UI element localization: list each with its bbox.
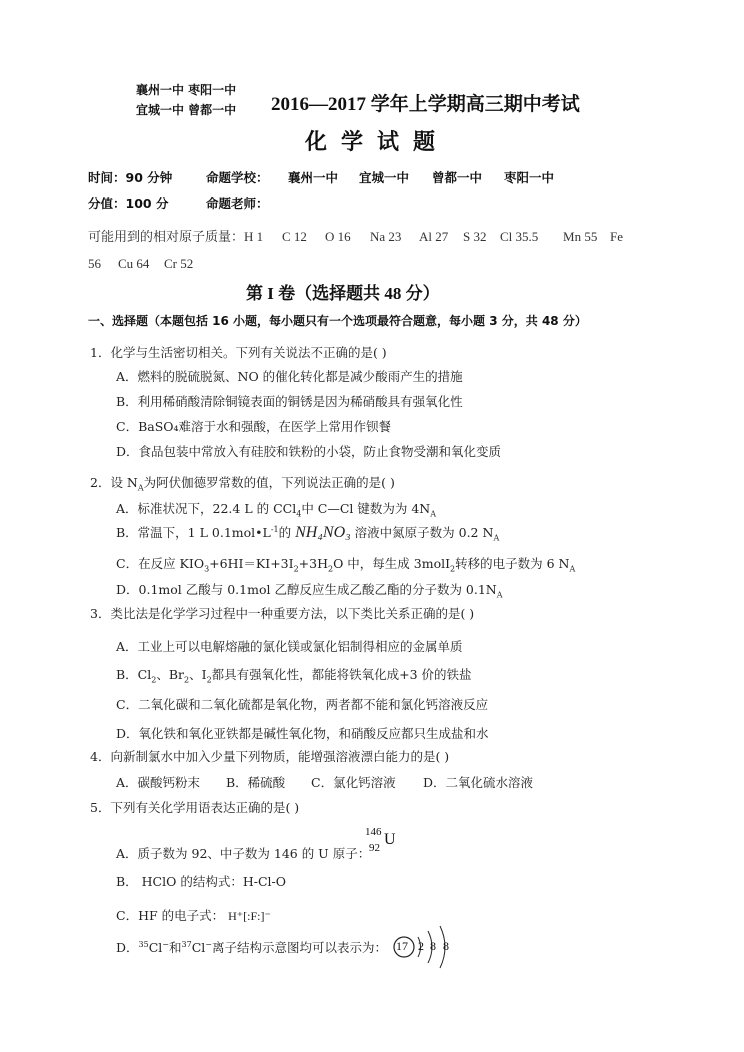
exam-title: 2016—2017 学年上学期高三期中考试	[271, 89, 580, 116]
q5-option-a: A．质子数为 92、中子数为 146 的 U 原子：	[116, 844, 370, 862]
q3-option-b: B．Cl2、Br2、I2都具有强氧化性，都能将铁氧化成+3 价的铁盐	[116, 665, 472, 685]
q1-option-d: D．食品包装中常放入有硅胶和铁粉的小袋，防止食物受潮和氧化变质	[116, 442, 501, 460]
mass-item: Fe	[610, 229, 623, 245]
question-1-stem: 1．化学与生活密切相关。下列有关说法不正确的是( )	[90, 343, 387, 361]
school-3: 曾都一中	[432, 168, 504, 186]
time-label: 时间：90 分钟	[88, 168, 206, 186]
score-label: 分值：100 分	[88, 194, 206, 212]
q4-option-b: B．稀硫酸	[226, 773, 285, 791]
q3-option-a: A．工业上可以电解熔融的氯化镁或氯化铝制得相应的金属单质	[116, 637, 463, 655]
q4-option-d: D．二氧化硫水溶液	[423, 773, 533, 791]
section-title: 第 I 卷（选择题共 48 分）	[246, 279, 440, 304]
uranium-nuclide-symbol: 146 92 U	[363, 826, 399, 856]
q2-option-c: C．在反应 KIO3+6HI＝KI+3I2+3H2O 中，每生成 3molI2转…	[116, 554, 575, 574]
mass-item: Cu 64	[118, 256, 164, 272]
mass-item: H 1	[244, 229, 282, 245]
hf-electron-formula: H⁺[:F:]⁻	[228, 909, 271, 923]
q2-option-d: D．0.1mol 乙酸与 0.1mol 乙醇反应生成乙酸乙酯的分子数为 0.1N…	[116, 580, 503, 600]
school-label: 命题学校：	[206, 168, 288, 186]
question-3-stem: 3．类比法是化学学习过程中一种重要方法，以下类比关系正确的是( )	[90, 604, 474, 622]
q2-option-a: A．标准状况下，22.4 L 的 CCl4中 C—Cl 键数为为 4NA	[116, 499, 436, 519]
q1-option-a: A．燃料的脱硫脱氮、NO 的催化转化都是减少酸雨产生的措施	[116, 367, 463, 385]
question-5-stem: 5．下列有关化学用语表达正确的是( )	[90, 798, 299, 816]
atomic-masses-label: 可能用到的相对原子质量：	[88, 226, 244, 245]
school-2: 宜城一中	[359, 168, 432, 186]
q2-option-b: B．常温下，1 L 0.1mol•L-1的 NH₄NO₃ 溶液中氮原子数为 0.…	[116, 523, 499, 543]
mass-item: 56	[88, 256, 118, 272]
schools-line-1: 襄州一中 枣阳一中	[136, 80, 236, 100]
school-1: 襄州一中	[288, 168, 359, 186]
mass-item: C 12	[282, 229, 325, 245]
atomic-masses-line-2: 56Cu 64Cr 52	[88, 256, 193, 272]
chloride-ion-structure-diagram: 17 2 8 8	[392, 925, 462, 969]
q5-option-b: B． HClO 的结构式：H-Cl-O	[116, 872, 286, 890]
q4-option-a: A．碳酸钙粉末	[116, 773, 200, 791]
section-subtitle: 一、选择题（本题包括 16 小题，每小题只有一个选项最符合题意，每小题 3 分，…	[88, 312, 587, 329]
q1-option-b: B．利用稀硝酸清除铜镜表面的铜锈是因为稀硝酸具有强氧化性	[116, 392, 463, 410]
question-2-stem: 2．设 NA为阿伏伽德罗常数的值，下列说法正确的是( )	[90, 473, 395, 493]
mass-item: Cl 35.5	[500, 229, 563, 245]
meta-line-1: 时间：90 分钟命题学校：襄州一中宜城一中曾都一中枣阳一中	[88, 168, 554, 186]
q5-option-d: D．35Cl−和37Cl−离子结构示意图均可以表示为：	[116, 938, 387, 956]
mass-item: Al 27	[419, 229, 463, 245]
q3-option-c: C．二氧化碳和二氧化硫都是氧化物，两者都不能和氯化钙溶液反应	[116, 695, 488, 713]
subject-title: 化学试题	[305, 125, 449, 156]
question-4-stem: 4．向新制氯水中加入少量下列物质，能增强溶液漂白能力的是( )	[90, 747, 449, 765]
school-4: 枣阳一中	[504, 168, 554, 186]
atomic-masses-line-1: 可能用到的相对原子质量：H 1C 12O 16Na 23Al 27S 32Cl …	[88, 226, 623, 245]
mass-item: Mn 55	[563, 229, 610, 245]
mass-item: Na 23	[370, 229, 419, 245]
q1-option-c: C．BaSO₄难溶于水和强酸，在医学上常用作钡餐	[116, 417, 391, 435]
mass-item: O 16	[325, 229, 370, 245]
mass-item: Cr 52	[164, 256, 193, 272]
q4-option-c: C．氯化钙溶液	[311, 773, 396, 791]
mass-item: S 32	[463, 229, 500, 245]
meta-line-2: 分值：100 分命题老师：	[88, 194, 269, 212]
q5-option-c: C．HF 的电子式：H⁺[:F:]⁻	[116, 906, 271, 924]
schools-line-2: 宜城一中 曾都一中	[136, 100, 236, 120]
q3-option-d: D．氧化铁和氧化亚铁都是碱性氧化物，和硝酸反应都只生成盐和水	[116, 724, 489, 742]
teacher-label: 命题老师：	[206, 194, 269, 212]
